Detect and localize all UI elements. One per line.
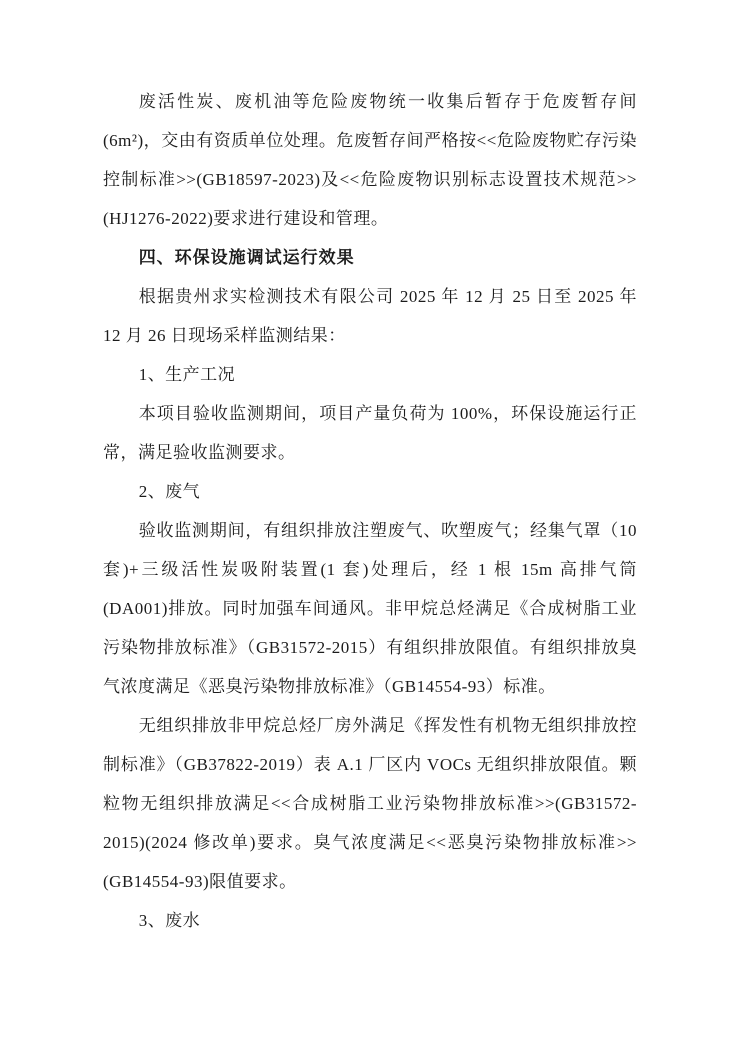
paragraph-fugitive-emission: 无组织排放非甲烷总烃厂房外满足《挥发性有机物无组织排放控制标准》（GB37822… <box>103 706 637 901</box>
subheading-waste-gas: 2、废气 <box>103 472 637 511</box>
subheading-wastewater: 3、废水 <box>103 901 637 940</box>
section-heading-env-facility-results: 四、环保设施调试运行效果 <box>103 238 637 277</box>
paragraph-production-condition: 本项目验收监测期间，项目产量负荷为 100%，环保设施运行正常，满足验收监测要求… <box>103 394 637 472</box>
paragraph-hazardous-waste: 废活性炭、废机油等危险废物统一收集后暂存于危废暂存间(6m²)，交由有资质单位处… <box>103 82 637 238</box>
subheading-production-condition: 1、生产工况 <box>103 355 637 394</box>
paragraph-organized-emission: 验收监测期间，有组织排放注塑废气、吹塑废气；经集气罩（10 套)+三级活性炭吸附… <box>103 511 637 706</box>
paragraph-monitoring-basis: 根据贵州求实检测技术有限公司 2025 年 12 月 25 日至 2025 年 … <box>103 277 637 355</box>
document-page: 废活性炭、废机油等危险废物统一收集后暂存于危废暂存间(6m²)，交由有资质单位处… <box>103 82 637 940</box>
